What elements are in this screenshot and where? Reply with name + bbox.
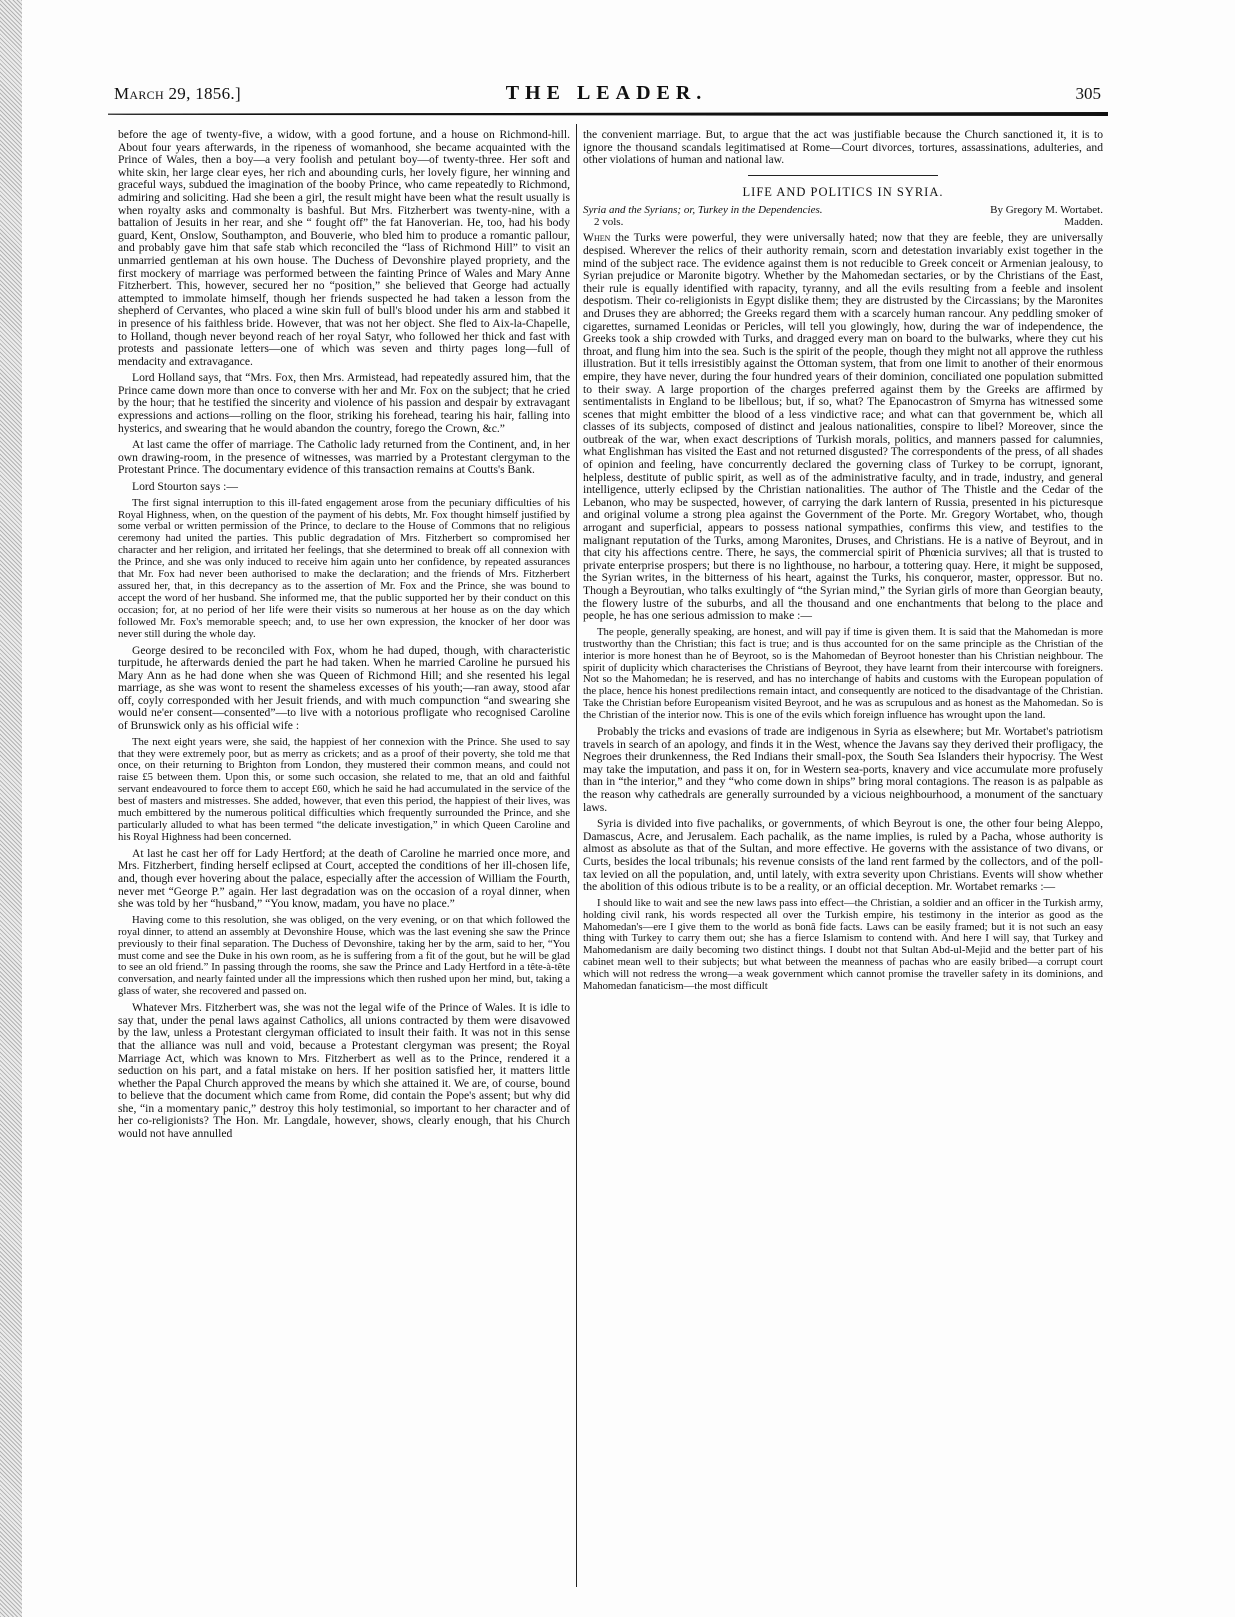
- block-quote: The next eight years were, she said, the…: [118, 737, 570, 844]
- article-paragraph: Whatever Mrs. Fitzherbert was, she was n…: [118, 1002, 570, 1141]
- section-title: LIFE AND POLITICS IN SYRIA.: [583, 186, 1103, 199]
- article-paragraph: When the Turks were powerful, they were …: [583, 232, 1103, 622]
- article-paragraph: the convenient marriage. But, to argue t…: [583, 129, 1103, 167]
- article-paragraph: Syria is divided into five pachaliks, or…: [583, 818, 1103, 894]
- book-volumes: 2 vols.: [594, 216, 623, 228]
- block-quote: The people, generally speaking, are hone…: [583, 627, 1103, 722]
- article-paragraph: Lord Stourton says :—: [118, 481, 570, 494]
- paragraph-text: the Turks were powerful, they were unive…: [583, 231, 1103, 622]
- book-publisher: Madden.: [1064, 216, 1103, 228]
- page-header: March 29, 1856.] THE LEADER. 305: [108, 80, 1105, 110]
- block-quote: I should like to wait and see the new la…: [583, 898, 1103, 993]
- article-paragraph: before the age of twenty-five, a widow, …: [118, 129, 570, 368]
- section-rule: [748, 175, 938, 176]
- masthead-title: THE LEADER.: [108, 82, 1105, 105]
- left-column: before the age of twenty-five, a widow, …: [118, 129, 570, 1145]
- book-citation: Syria and the Syrians; or, Turkey in the…: [583, 204, 1103, 228]
- article-paragraph: Lord Holland says, that “Mrs. Fox, then …: [118, 372, 570, 435]
- book-author: By Gregory M. Wortabet.: [990, 204, 1103, 216]
- article-paragraph: Probably the tricks and evasions of trad…: [583, 726, 1103, 814]
- right-column: the convenient marriage. But, to argue t…: [583, 129, 1103, 997]
- block-quote: Having come to this resolution, she was …: [118, 915, 570, 998]
- lead-word: When: [583, 231, 610, 244]
- article-paragraph: George desired to be reconciled with Fox…: [118, 645, 570, 733]
- book-title: Syria and the Syrians; or, Turkey in the…: [583, 204, 823, 216]
- block-quote: The first signal interruption to this il…: [118, 498, 570, 641]
- page-number: 305: [1076, 84, 1102, 104]
- article-paragraph: At last he cast her off for Lady Hertfor…: [118, 848, 570, 911]
- column-divider: [576, 124, 577, 1587]
- article-paragraph: At last came the offer of marriage. The …: [118, 439, 570, 477]
- scanned-binding-edge: [0, 0, 22, 1617]
- header-rule: [108, 112, 1108, 116]
